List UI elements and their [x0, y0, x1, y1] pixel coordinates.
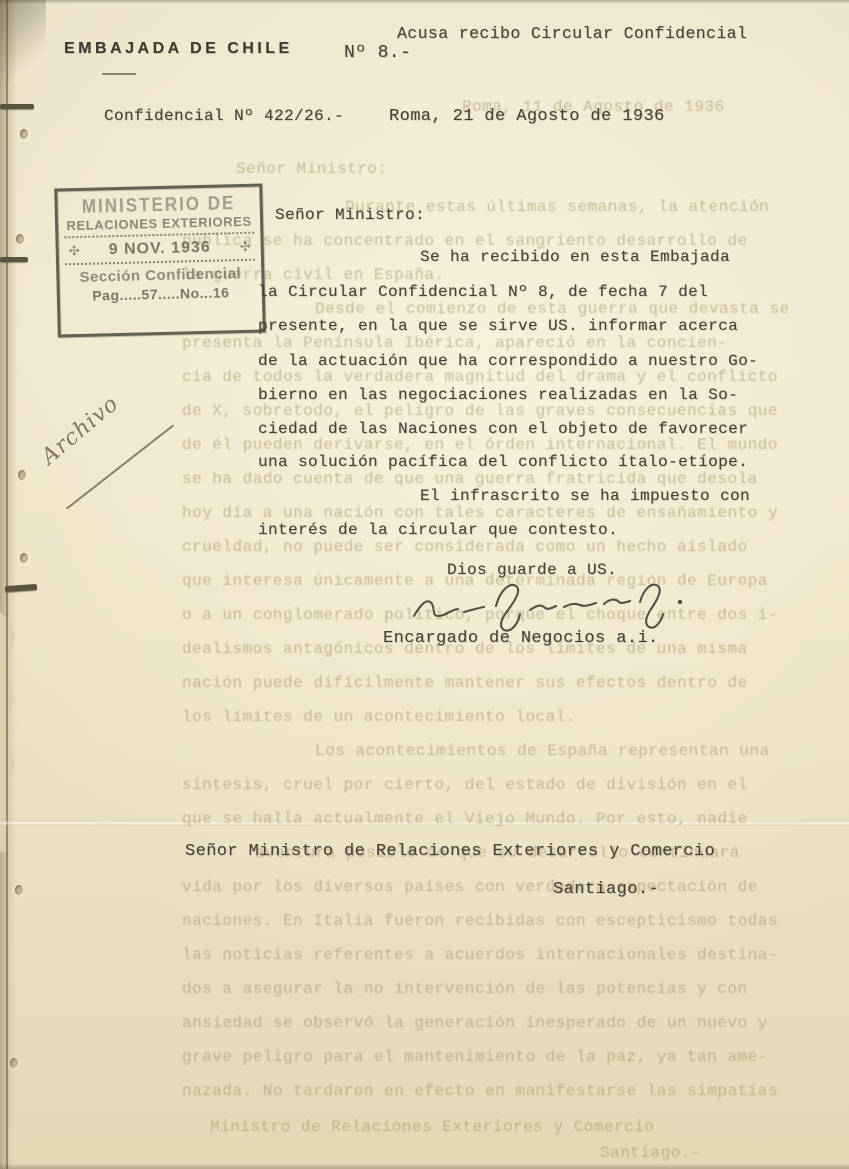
bleedthrough-line: vida por los diversos países con verdade…	[182, 878, 758, 896]
bleedthrough-line: de él pueden derivarse, en el órden inte…	[182, 436, 778, 454]
ministry-stamp: MINISTERIO DE RELACIONES EXTERIORES ✣ 9 …	[54, 183, 266, 337]
bleedthrough-line: dos a asegurar la no intervención de las…	[182, 980, 748, 998]
scanned-letter-page: Roma, 11 de Agosto de 1936 Señor Ministr…	[0, 0, 849, 1169]
body-line: bierno en las negociaciones realizadas e…	[258, 386, 738, 404]
corner-shadow	[0, 0, 46, 90]
bleedthrough-line: Señor Ministro:	[236, 160, 388, 178]
binding-line	[6, 0, 8, 1169]
bleedthrough-line: síntesis, cruel por cierto, del estado d…	[182, 776, 748, 794]
stitch-hole	[18, 470, 26, 480]
stitch-hole	[15, 885, 23, 895]
stamp-separator	[65, 259, 255, 266]
bleedthrough-line: los límites de un acontecimiento local.	[182, 708, 576, 726]
body-line: de la actuación que ha correspondido a n…	[258, 352, 758, 370]
body-line: Se ha recibido en esta Embajada	[420, 248, 730, 266]
bleedthrough-line: nación puede difícilmente mantener sus e…	[182, 674, 748, 692]
bleedthrough-line: de X, sobretodo, el peligro de las grave…	[182, 402, 778, 420]
dateline: Roma, 21 de Agosto de 1936	[389, 107, 665, 126]
stamp-ornament-icon: ✣	[240, 239, 251, 255]
bleedthrough-line: que se halla actualmente el Viejo Mundo.…	[182, 810, 748, 828]
stitch-hole	[20, 553, 28, 563]
salutation: Señor Ministro:	[275, 206, 425, 224]
addressee-line2: Santiago.-	[553, 880, 659, 899]
signature-dot	[678, 600, 682, 604]
stitch-thread	[0, 104, 34, 109]
bleedthrough-line: se ha dado cuenta de que una guerra frat…	[182, 470, 758, 488]
bleedthrough-line: ansiedad se observó la generación inespe…	[182, 1014, 768, 1032]
letterhead-underline	[102, 73, 136, 75]
handwritten-archive-note: Archivo	[37, 391, 124, 470]
addressee-line1: Señor Ministro de Relaciones Exteriores …	[185, 842, 715, 861]
bleedthrough-line: crueldad, no puede ser considerada como …	[182, 538, 748, 556]
body-line: El infrascrito se ha impuesto con	[420, 487, 750, 505]
top-edge-shadow	[0, 0, 849, 4]
stamp-section: Sección Confidencial	[59, 265, 261, 287]
stitch-thread	[0, 257, 28, 262]
stitch-hole	[20, 129, 28, 139]
bleedthrough-line: las noticias referentes a acuerdos inter…	[182, 946, 778, 964]
body-line: la Circular Confidencial Nº 8, de fecha …	[258, 283, 708, 301]
body-line: ciedad de las Naciones con el objeto de …	[258, 420, 748, 438]
body-line: interés de la circular que contesto.	[258, 521, 618, 539]
stamp-ornament-icon: ✣	[69, 243, 80, 259]
stitch-hole	[10, 1058, 18, 1068]
bleedthrough-line: presenta la Península Ibérica, apareció …	[182, 334, 727, 352]
stitch-thread	[5, 584, 37, 592]
body-line: una solución pacífica del conflicto ítal…	[258, 453, 748, 471]
bleedthrough-line: cia de todos la verdadera magnitud del d…	[182, 368, 778, 386]
bottom-edge-shadow	[0, 1163, 849, 1169]
receipt-annotation-line2: Nº 8.-	[344, 43, 411, 63]
bleedthrough-line: Desde el comienzo de esta guerra que dev…	[315, 300, 790, 318]
reference-number: Confidencial Nº 422/26.-	[104, 107, 344, 125]
body-line: presente, en la que se sirve US. informa…	[258, 317, 738, 335]
receipt-annotation-line1: Acusa recibo Circular Confidencial	[397, 24, 747, 43]
bleedthrough-line: Santiago.-	[600, 1144, 701, 1162]
bleedthrough-line: naciones. En Italia fueron recibidas con…	[182, 912, 778, 930]
signer-title: Encargado de Negocios a.i.	[383, 629, 659, 648]
stamp-date: 9 NOV. 1936	[108, 239, 210, 259]
embassy-letterhead: EMBAJADA DE CHILE	[64, 40, 293, 58]
bleedthrough-line: grave peligro para el mantenimiento de l…	[182, 1048, 768, 1066]
bleedthrough-line: nazada. No tardaron en efecto en manifes…	[182, 1082, 778, 1100]
bleedthrough-line: hoy día a una nación con tales caractere…	[182, 504, 778, 522]
bleedthrough-line: Ministro de Relaciones Exteriores y Come…	[210, 1118, 654, 1136]
stitch-hole	[16, 234, 24, 244]
stamp-page-line: Pag.....57.....No...16	[60, 284, 262, 305]
bleedthrough-line: Los acontecimientos de España representa…	[315, 742, 770, 760]
